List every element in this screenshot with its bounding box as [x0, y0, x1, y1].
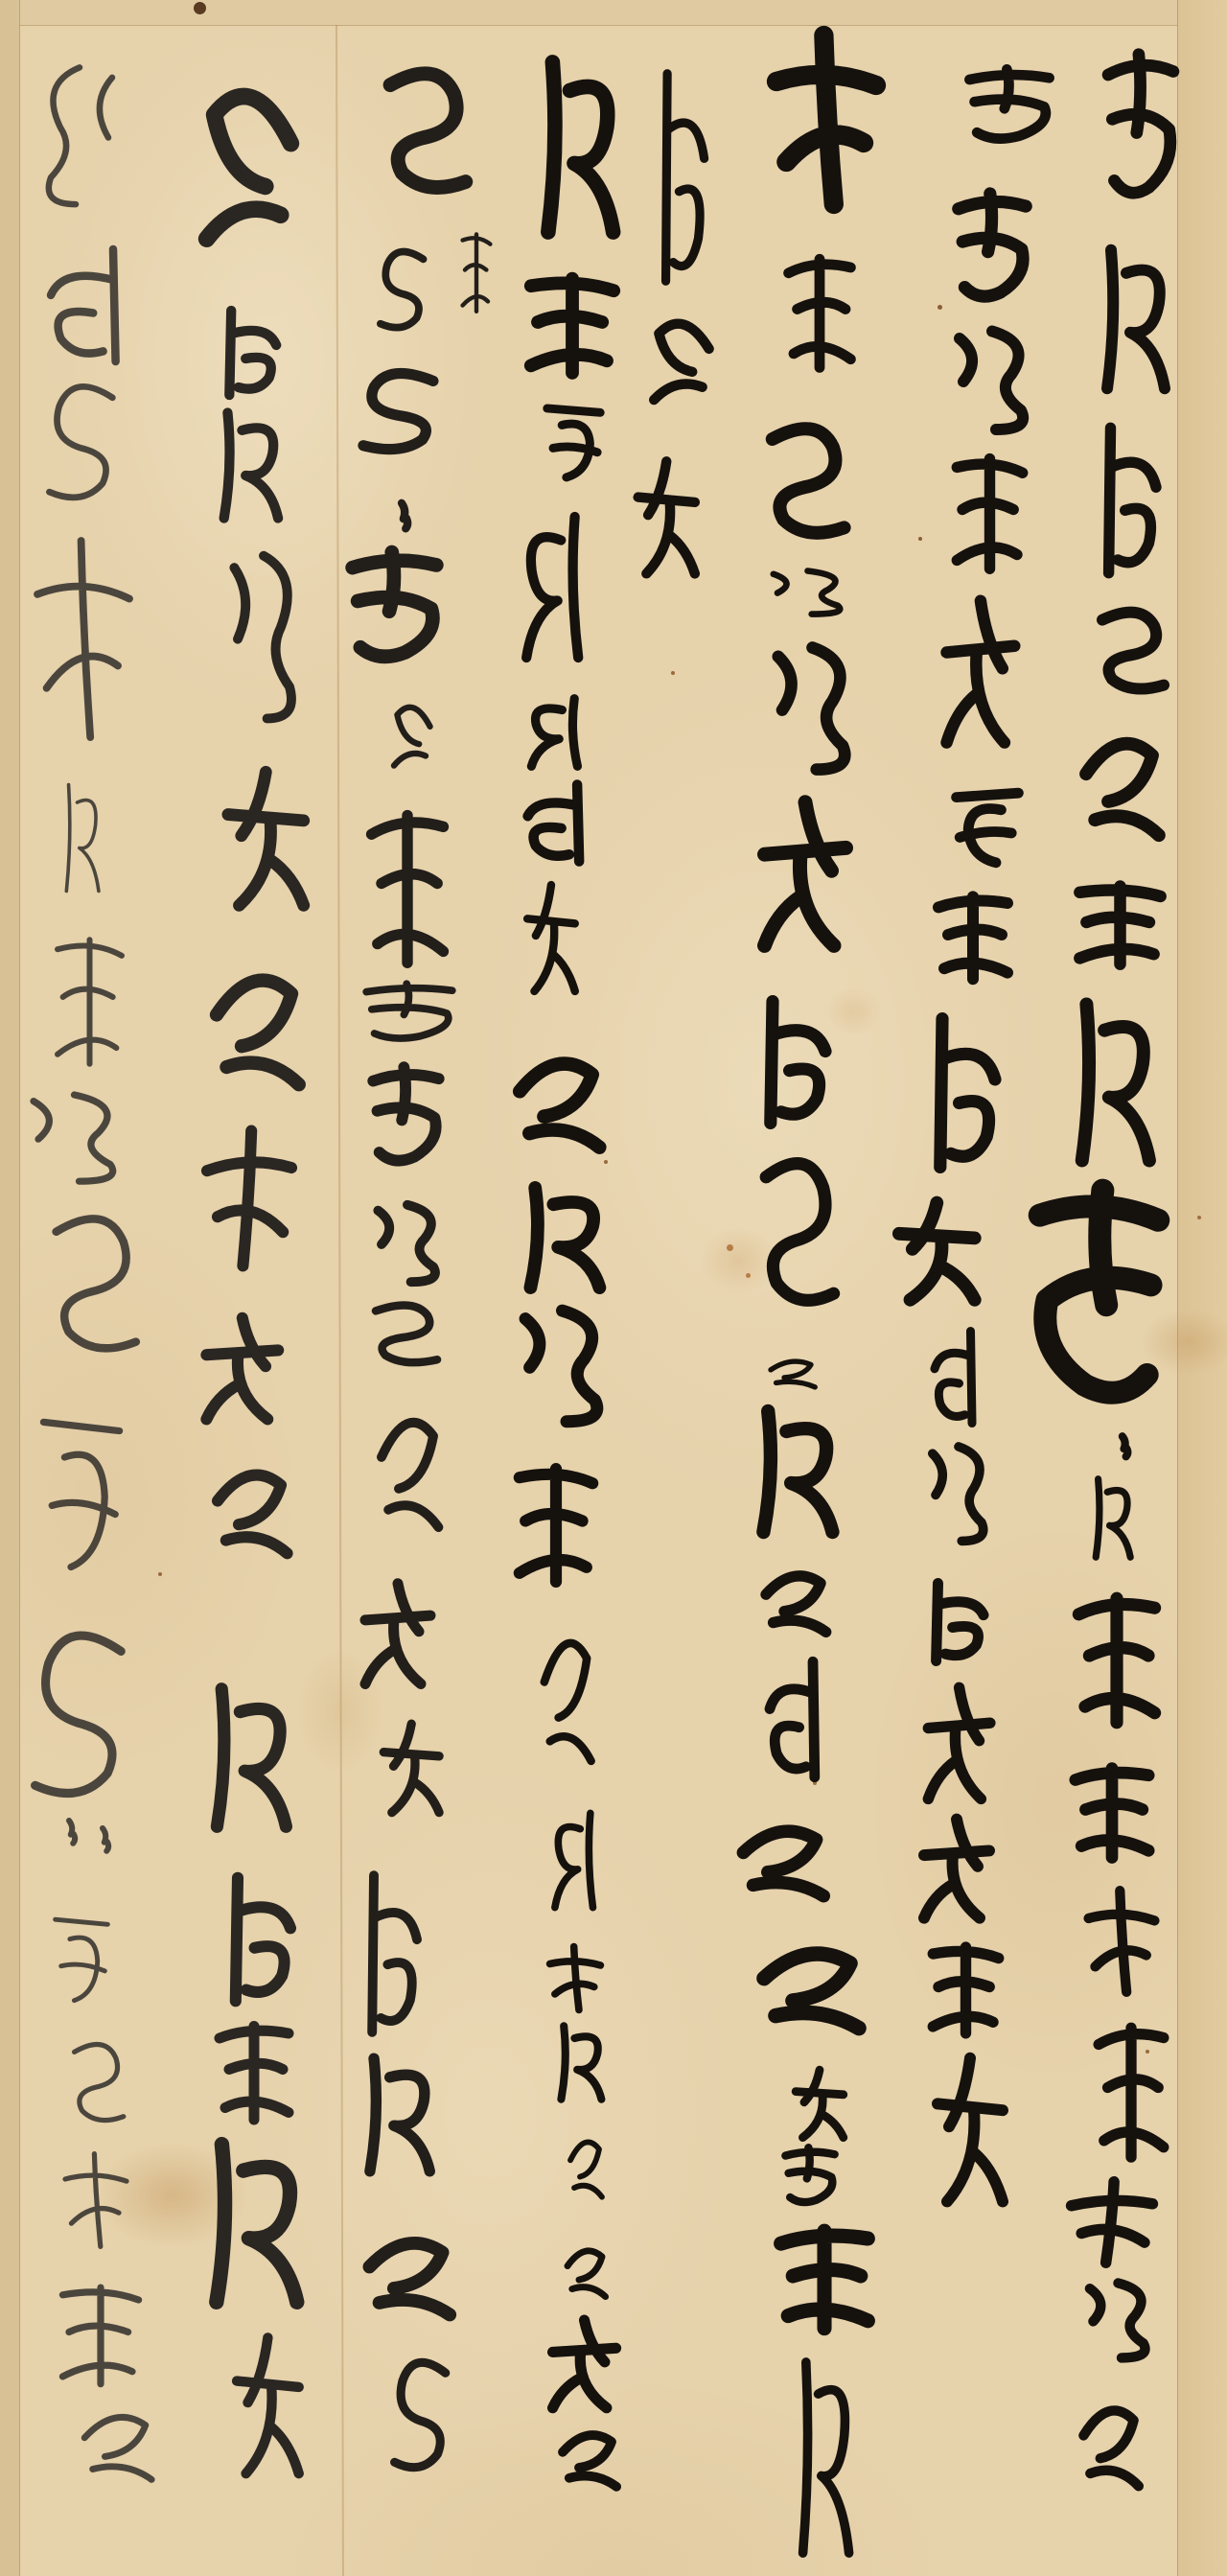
character-text: 之 — [457, 220, 496, 319]
character-text: 解 — [719, 1807, 841, 1915]
brush-stroke-glyph — [189, 43, 316, 282]
brush-stroke-glyph — [1067, 2382, 1150, 2509]
calligraphy-character: 白 — [920, 1325, 992, 1429]
brush-stroke-glyph — [748, 1555, 839, 1649]
character-text: 東 — [35, 369, 134, 512]
calligraphy-character: 曰 — [920, 1932, 1011, 2042]
character-text: 誅 — [197, 1446, 302, 1577]
character-text: 相 — [515, 262, 630, 383]
character-text: 出 — [546, 2019, 613, 2106]
calligraphy-character: 房 — [1086, 237, 1182, 402]
brush-stroke-glyph — [776, 240, 863, 379]
brush-stroke-glyph — [1061, 1752, 1163, 1867]
calligraphy-character: 候 — [32, 51, 127, 218]
text-column-4: 章句有 — [0, 0, 1227, 2576]
brush-stroke-glyph — [369, 1720, 451, 1821]
brush-stroke-glyph — [1080, 1884, 1163, 1999]
character-text: 下 — [772, 2144, 848, 2211]
calligraphy-character: 人 — [1064, 872, 1176, 972]
calligraphy-scroll: 京房受易梁人焦贛〻云嘗從孟喜問易房以焦易即孟氏而翟牧白生不肯皆曰非費直徒以彖象繫… — [0, 0, 1227, 2576]
brush-stroke-glyph — [1086, 2005, 1176, 2170]
brush-stroke-glyph — [623, 456, 706, 584]
calligraphy-character: 易 — [944, 319, 1040, 439]
brush-stroke-glyph — [48, 2270, 153, 2394]
calligraphy-character: 康 — [358, 789, 457, 978]
text-columns: 京房受易梁人焦贛〻云嘗從孟喜問易房以焦易即孟氏而翟牧白生不肯皆曰非費直徒以彖象繫… — [0, 0, 1227, 2576]
brush-stroke-glyph — [329, 545, 460, 673]
calligraphy-character: 之 — [48, 2270, 153, 2394]
brush-stroke-glyph — [783, 2067, 853, 2144]
brush-stroke-glyph — [355, 1296, 451, 1370]
calligraphy-character: 言 — [544, 1942, 607, 2014]
text-column-2: 以焦易即孟氏而翟牧白生不肯皆曰非 — [0, 0, 1227, 2576]
brush-stroke-glyph — [546, 2416, 628, 2502]
calligraphy-character: 以 — [342, 980, 476, 1047]
brush-stroke-glyph — [911, 1578, 1002, 1666]
calligraphy-character: 書 — [58, 2032, 134, 2130]
character-text: 句 — [642, 295, 726, 423]
brush-stroke-glyph — [55, 775, 108, 901]
calligraphy-character: 肯 — [915, 1683, 1007, 1809]
brush-stroke-glyph — [1061, 2176, 1163, 2268]
calligraphy-character: 費 — [511, 503, 597, 671]
character-text: 攝 — [345, 2216, 467, 2336]
brush-stroke-glyph — [383, 2346, 463, 2481]
calligraphy-character: 喜 — [1086, 2005, 1176, 2170]
calligraphy-character: 氏 — [944, 770, 1030, 875]
character-text: 王 — [369, 1720, 451, 1821]
brush-stroke-glyph — [911, 1009, 1016, 1177]
brush-stroke-glyph — [879, 1198, 990, 1309]
calligraphy-character: 解 — [719, 1807, 841, 1915]
character-text: 房 — [1067, 2382, 1150, 2509]
character-text: 〻 — [91, 1822, 120, 1855]
brush-stroke-glyph — [741, 993, 846, 1131]
calligraphy-character: 郎 — [364, 1383, 451, 1559]
character-text: 徒 — [748, 412, 860, 546]
calligraphy-character: 專 — [515, 880, 585, 1001]
character-text: 篇 — [738, 1400, 853, 1543]
calligraphy-character: 知 — [26, 242, 150, 369]
character-text: 繫 — [741, 993, 846, 1131]
character-text: 〻 — [1112, 1430, 1138, 1460]
brush-stroke-glyph — [364, 1195, 451, 1289]
calligraphy-character: 篇 — [738, 1400, 853, 1543]
character-text: 而 — [925, 882, 1021, 987]
character-text: 太 — [204, 305, 294, 401]
brush-stroke-glyph — [364, 1383, 451, 1559]
calligraphy-character: 焦 — [1057, 989, 1169, 1175]
calligraphy-character: 而 — [925, 882, 1021, 987]
character-text: 彖 — [762, 633, 863, 781]
brush-stroke-glyph — [197, 1446, 302, 1577]
calligraphy-character: 兵 — [45, 917, 134, 1077]
brush-stroke-glyph — [26, 242, 150, 369]
calligraphy-character: 誅 — [197, 1446, 302, 1577]
calligraphy-character: 生 — [920, 1435, 997, 1550]
calligraphy-character: 翟 — [911, 1009, 1016, 1177]
character-text: 丁 — [556, 2234, 613, 2310]
brush-stroke-glyph — [757, 1352, 824, 1395]
character-text: 時 — [508, 779, 607, 867]
brush-stroke-glyph — [1090, 44, 1192, 215]
calligraphy-character: 陽 — [508, 1297, 616, 1432]
character-text: 有 — [55, 775, 108, 901]
character-text: 梁 — [1064, 709, 1174, 863]
character-text: 事 — [206, 1869, 312, 2009]
calligraphy-character: 攝 — [345, 2216, 467, 2336]
brush-stroke-glyph — [348, 1865, 434, 2043]
brush-stroke-glyph — [355, 1060, 457, 1175]
character-text: 同 — [518, 692, 594, 773]
brush-stroke-glyph — [16, 1611, 150, 1814]
calligraphy-character: 易 — [364, 1195, 451, 1289]
calligraphy-character: 私 — [14, 1084, 134, 1190]
calligraphy-character: 經 — [764, 2214, 885, 2338]
calligraphy-character: 居 — [348, 2048, 448, 2182]
calligraphy-character: 十 — [757, 1352, 824, 1395]
brush-stroke-glyph — [371, 240, 438, 337]
brush-stroke-glyph — [1081, 600, 1177, 699]
character-text: 白 — [920, 1325, 992, 1429]
brush-stroke-glyph — [29, 1198, 153, 1365]
calligraphy-character: 及 — [352, 1579, 448, 1693]
brush-stroke-glyph — [944, 319, 1040, 439]
calligraphy-character: 于 — [561, 2122, 609, 2214]
character-text: 候 — [32, 51, 127, 218]
brush-stroke-glyph — [29, 1374, 134, 1593]
character-text: 翟 — [911, 1009, 1016, 1177]
calligraphy-character: 異 — [530, 1599, 601, 1797]
character-text: 私 — [14, 1084, 134, 1190]
brush-stroke-glyph — [764, 2214, 885, 2338]
character-text: 曰 — [920, 1932, 1011, 2042]
brush-stroke-glyph — [206, 1869, 312, 2009]
calligraphy-character: 莽 — [348, 1865, 434, 2043]
brush-stroke-glyph — [204, 305, 294, 401]
brush-stroke-glyph — [925, 882, 1021, 987]
text-column-1: 京房受易梁人焦贛〻云嘗從孟喜問易房 — [0, 0, 1227, 2576]
character-text: 言 — [544, 1942, 607, 2014]
calligraphy-character: 授 — [329, 545, 460, 673]
brush-stroke-glyph — [920, 1932, 1011, 2042]
character-text: 未 — [206, 2009, 302, 2129]
character-text: 章 — [645, 59, 719, 295]
brush-stroke-glyph — [508, 779, 607, 867]
brush-stroke-glyph — [505, 1449, 607, 1593]
brush-stroke-glyph — [546, 2019, 613, 2106]
character-text: 郎 — [364, 1383, 451, 1559]
brush-stroke-glyph — [719, 1807, 841, 1915]
character-text: 孟 — [1080, 1884, 1163, 1999]
character-text: 翟 — [220, 536, 307, 734]
calligraphy-character: 上 — [45, 1892, 118, 2015]
brush-stroke-glyph — [537, 385, 611, 490]
calligraphy-character: 章 — [645, 59, 719, 295]
brush-stroke-glyph — [556, 2234, 613, 2310]
character-text: 將 — [540, 2316, 633, 2416]
character-text: 問 — [1061, 2176, 1163, 2268]
calligraphy-character: 相 — [348, 361, 457, 459]
text-column-8: 候知東郡有兵私語門人〻〻上書言之後 — [0, 0, 1227, 2576]
brush-stroke-glyph — [192, 1676, 307, 1840]
character-text: 人 — [16, 1611, 150, 1814]
calligraphy-character: 易 — [1077, 2274, 1160, 2365]
character-text: 亡 — [786, 2344, 863, 2571]
calligraphy-character: 門 — [29, 1374, 134, 1593]
character-text: 生 — [920, 1435, 997, 1550]
text-column-5: 高相與費同時專說陰陽災異自言出于丁將軍 — [0, 0, 1227, 2576]
calligraphy-character: 梁 — [1064, 709, 1174, 863]
character-text: 言 — [58, 2147, 134, 2253]
character-text: 發 — [187, 2129, 321, 2317]
brush-stroke-glyph — [738, 1400, 853, 1543]
character-text: 十 — [757, 1352, 824, 1395]
character-text: 莽 — [348, 1865, 434, 2043]
calligraphy-character: 孟 — [933, 594, 1032, 755]
brush-stroke-glyph — [911, 1815, 1007, 1927]
character-text: 易 — [1081, 600, 1177, 699]
calligraphy-character: 守 — [204, 403, 294, 528]
character-text: 不 — [911, 1578, 1002, 1666]
brush-stroke-glyph — [390, 496, 419, 533]
calligraphy-character: 牧 — [879, 1198, 990, 1309]
character-text: 非 — [920, 2052, 1016, 2215]
character-text: 從 — [1061, 1752, 1163, 1867]
character-text: 居 — [348, 2048, 448, 2182]
brush-stroke-glyph — [743, 1142, 848, 1318]
character-text: 相 — [348, 361, 457, 459]
brush-stroke-glyph — [508, 1297, 616, 1432]
calligraphy-character: 軍 — [546, 2416, 628, 2502]
brush-stroke-glyph — [220, 2332, 312, 2486]
calligraphy-character: 兵 — [192, 1313, 297, 1428]
character-text: 謀 — [192, 941, 316, 1116]
brush-stroke-glyph — [748, 412, 860, 546]
calligraphy-character: 孟 — [1080, 1884, 1163, 1999]
brush-stroke-glyph — [192, 941, 316, 1116]
brush-stroke-glyph — [32, 51, 127, 218]
calligraphy-character: 災 — [505, 1449, 607, 1593]
brush-stroke-glyph — [348, 361, 457, 459]
calligraphy-character: 郡 — [189, 43, 316, 282]
calligraphy-character: 言 — [752, 1654, 839, 1785]
character-text: 云 — [1083, 1472, 1141, 1565]
character-text: 經 — [764, 2214, 885, 2338]
brush-stroke-glyph — [1064, 709, 1174, 863]
calligraphy-character: 康 — [220, 2332, 312, 2486]
calligraphy-character: 說 — [735, 1926, 879, 2051]
character-text: 文 — [748, 1555, 839, 1649]
repetition-mark: 〻 — [91, 1822, 120, 1855]
character-text: 康 — [220, 2332, 312, 2486]
character-text: 陽 — [508, 1297, 616, 1432]
calligraphy-character: 子 — [386, 685, 441, 783]
calligraphy-character: 為 — [355, 1296, 451, 1370]
calligraphy-character: 房 — [1067, 2382, 1150, 2509]
brush-stroke-glyph — [939, 186, 1045, 313]
calligraphy-character: 謀 — [192, 941, 316, 1116]
character-text: 〻 — [390, 496, 419, 533]
brush-stroke-glyph — [530, 1599, 601, 1797]
character-text: 〻 — [58, 1814, 86, 1847]
calligraphy-character: 京 — [1090, 44, 1192, 215]
character-text: 異 — [530, 1599, 601, 1797]
brush-stroke-glyph — [364, 56, 482, 202]
calligraphy-character: 有 — [623, 456, 706, 584]
character-text: 于 — [561, 2122, 609, 2214]
calligraphy-character: 亡 — [786, 2344, 863, 2571]
brush-stroke-glyph — [920, 1325, 992, 1429]
character-text: 即 — [944, 439, 1035, 580]
calligraphy-character: 以 — [947, 64, 1072, 150]
calligraphy-character: 有 — [55, 775, 108, 901]
character-text: 災 — [505, 1449, 607, 1593]
brush-stroke-glyph — [26, 527, 141, 751]
character-text: 郡 — [26, 527, 141, 751]
character-text: 嘗 — [1064, 1576, 1169, 1735]
brush-stroke-glyph — [642, 295, 726, 423]
brush-stroke-glyph — [515, 880, 585, 1001]
calligraphy-character: 費 — [764, 24, 889, 216]
calligraphy-character: 徒 — [748, 412, 860, 546]
brush-stroke-glyph — [1007, 1175, 1192, 1425]
calligraphy-character: 言 — [58, 2147, 134, 2253]
character-text: 贛 — [1007, 1175, 1192, 1425]
calligraphy-character: 直 — [776, 240, 863, 379]
character-text: 兵 — [45, 917, 134, 1077]
character-text: 書 — [58, 2032, 134, 2130]
character-text: 上 — [45, 1892, 118, 2015]
calligraphy-character: 舉 — [197, 1122, 302, 1275]
calligraphy-character: 說 — [496, 1033, 616, 1172]
brush-stroke-glyph — [220, 536, 307, 734]
character-text: 誼 — [208, 766, 319, 917]
brush-stroke-glyph — [947, 64, 1072, 150]
brush-stroke-glyph — [944, 439, 1035, 580]
brush-stroke-glyph — [58, 1814, 86, 1847]
character-text: 喜 — [1086, 2005, 1176, 2170]
brush-stroke-glyph — [920, 1435, 997, 1550]
character-text: 皆 — [911, 1815, 1007, 1927]
character-text: 房 — [1086, 237, 1182, 402]
character-text: 以 — [947, 64, 1072, 150]
character-text: 以 — [342, 980, 476, 1047]
character-text: 與 — [537, 385, 611, 490]
calligraphy-character: 事 — [206, 1869, 312, 2009]
brush-stroke-glyph — [197, 1122, 302, 1275]
character-text: 至 — [371, 240, 438, 337]
calligraphy-character: 未 — [206, 2009, 302, 2129]
character-text: 說 — [735, 1926, 879, 2051]
calligraphy-character: 彖 — [762, 633, 863, 781]
calligraphy-character: 發 — [187, 2129, 321, 2317]
character-text: 及 — [352, 1579, 448, 1693]
repetition-mark: 〻 — [58, 1814, 86, 1847]
character-text: 語 — [29, 1198, 153, 1365]
character-text: 郡 — [189, 43, 316, 282]
brush-stroke-glyph — [933, 594, 1032, 755]
brush-stroke-glyph — [1083, 1472, 1141, 1565]
brush-stroke-glyph — [645, 59, 719, 295]
character-text: 易 — [1077, 2274, 1160, 2365]
calligraphy-character: 即 — [944, 439, 1035, 580]
brush-stroke-glyph — [1064, 1576, 1169, 1735]
brush-stroke-glyph — [58, 2147, 134, 2253]
brush-stroke-glyph — [204, 403, 294, 528]
character-text: 直 — [776, 240, 863, 379]
calligraphy-character: 非 — [920, 2052, 1016, 2215]
text-column-6: 傳之至相〻授子康以明易為郎及王莽居攝東 — [0, 0, 1227, 2576]
calligraphy-character: 時 — [508, 779, 607, 867]
character-text: 之 — [48, 2270, 153, 2394]
character-text: 牧 — [879, 1198, 990, 1309]
calligraphy-character: 傳 — [364, 56, 482, 202]
character-text: 自 — [544, 1804, 607, 1916]
calligraphy-character: 相 — [515, 262, 630, 383]
brush-stroke-glyph — [45, 1892, 118, 2015]
brush-stroke-glyph — [457, 220, 496, 319]
character-text: 後 — [64, 2394, 166, 2498]
brush-stroke-glyph — [187, 2129, 321, 2317]
character-text: 明 — [355, 1060, 457, 1175]
calligraphy-character: 從 — [1061, 1752, 1163, 1867]
calligraphy-character: 莽 — [192, 1676, 307, 1840]
calligraphy-character: 明 — [355, 1060, 457, 1175]
character-text: 象 — [748, 796, 868, 959]
calligraphy-character: 陰 — [505, 1178, 620, 1297]
character-text: 軍 — [546, 2416, 628, 2502]
brush-stroke-glyph — [386, 685, 441, 783]
calligraphy-character: 東 — [35, 369, 134, 512]
brush-stroke-glyph — [35, 369, 134, 512]
brush-stroke-glyph — [920, 2052, 1016, 2215]
brush-stroke-glyph — [772, 2144, 848, 2211]
character-text: 易 — [364, 1195, 451, 1289]
brush-stroke-glyph — [764, 24, 889, 216]
calligraphy-character: 受 — [1083, 418, 1174, 583]
character-text: 焦 — [1057, 989, 1169, 1175]
character-text: 說 — [496, 1033, 616, 1172]
brush-stroke-glyph — [1064, 872, 1176, 972]
brush-stroke-glyph — [505, 1178, 620, 1297]
character-text: 專 — [515, 880, 585, 1001]
calligraphy-character: 問 — [1061, 2176, 1163, 2268]
character-text: 費 — [511, 503, 597, 671]
calligraphy-character: 語 — [29, 1198, 153, 1365]
calligraphy-character: 高 — [524, 46, 633, 248]
character-text: 費 — [764, 24, 889, 216]
brush-stroke-glyph — [540, 2316, 633, 2416]
calligraphy-character: 自 — [544, 1804, 607, 1916]
brush-stroke-glyph — [944, 770, 1030, 875]
repetition-mark: 〻 — [1112, 1430, 1138, 1460]
character-text: 為 — [355, 1296, 451, 1370]
calligraphy-character: 東 — [383, 2346, 463, 2481]
calligraphy-character: 易 — [1081, 600, 1177, 699]
brush-stroke-glyph — [544, 1942, 607, 2014]
character-text: 有 — [623, 456, 706, 584]
brush-stroke-glyph — [1057, 989, 1169, 1175]
character-text: 言 — [752, 1654, 839, 1785]
brush-stroke-glyph — [14, 1084, 134, 1190]
brush-stroke-glyph — [752, 1654, 839, 1785]
calligraphy-character: 繫 — [741, 993, 846, 1131]
character-text: 東 — [383, 2346, 463, 2481]
character-text: 氏 — [944, 770, 1030, 875]
repetition-mark: 〻 — [390, 496, 419, 533]
calligraphy-character: 下 — [772, 2144, 848, 2211]
